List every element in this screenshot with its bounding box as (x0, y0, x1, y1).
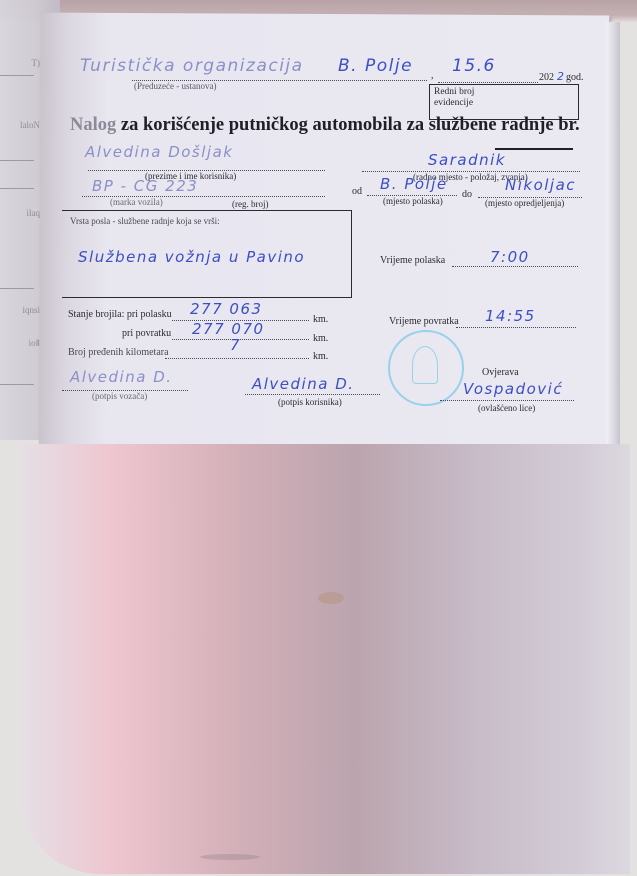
departure-time-value: 7:00 (490, 248, 530, 266)
verifier-signature-line (440, 400, 574, 401)
driver-signature-label: (potpis vozača) (92, 391, 147, 401)
year-prefix: 202 (539, 72, 554, 83)
user-signature-line (245, 394, 380, 395)
back-page-rule (0, 160, 34, 161)
position-value: Saradnik (428, 151, 506, 169)
reg-number-label: (reg. broj) (232, 199, 268, 209)
year-label: god. (566, 72, 584, 83)
back-page-rule (0, 75, 34, 76)
official-stamp (388, 330, 464, 406)
vehicle-label: (marka vozila) (110, 197, 163, 207)
verifier-signature: Vospadović (463, 380, 563, 398)
registry-number-label-2: evidencije (434, 98, 574, 109)
to-label: (mjesto opredjeljenja) (485, 198, 564, 208)
task-value: Službena vožnja u Pavino (78, 248, 305, 266)
to-prefix: do (462, 189, 472, 200)
document-number-line (495, 148, 573, 150)
document-title: Nalog za korišćenje putničkog automobila… (70, 115, 580, 136)
return-time-label: Vrijeme povratka (389, 316, 459, 327)
odometer-end-label: pri povratku (122, 328, 171, 339)
back-page-fragment: laloN (0, 120, 40, 130)
user-signature: Alvedina D. (252, 375, 355, 393)
departure-time-label: Vrijeme polaska (380, 255, 445, 266)
page-stack-edge (606, 22, 620, 464)
driver-signature: Alvedina D. (70, 368, 173, 386)
odometer-start-unit: km. (313, 314, 328, 325)
back-page-fragment: ioⅡ (0, 338, 40, 349)
user-signature-label: (potpis korisnika) (278, 397, 342, 407)
from-label: (mjesto polaska) (383, 196, 443, 206)
odometer-start-value: 277 063 (190, 300, 263, 318)
back-page-rule (0, 288, 34, 289)
odometer-end-unit: km. (313, 333, 328, 344)
from-prefix: od (352, 186, 362, 197)
from-value: B. Polje (380, 175, 448, 193)
return-time-value: 14:55 (485, 307, 536, 325)
return-time-line (456, 327, 576, 328)
verifier-label: (ovlašćeno lice) (478, 403, 535, 413)
title-rest: za korišćenje putničkog automobila za sl… (116, 115, 579, 135)
paper-stain (318, 592, 344, 604)
date-line (438, 82, 538, 83)
distance-line (165, 358, 309, 359)
organization-label: (Preduzeće - ustanova) (134, 81, 216, 91)
task-label: Vrsta posla - službene radnje koja se vr… (70, 216, 220, 226)
odometer-start-label: Stanje brojila: pri polasku (68, 309, 172, 320)
vehicle-reg-value: BP - CG 223 (92, 177, 198, 195)
user-name-value: Alvedina Došljak (85, 143, 233, 161)
departure-time-line (452, 266, 578, 267)
to-value: Nikoljac (505, 176, 576, 194)
back-page-fragment: iqnsi (0, 305, 40, 315)
back-page-fragment: T) (0, 58, 40, 68)
verify-label: Ovjerava (482, 367, 519, 378)
comma: , (431, 70, 434, 81)
date-value: 15.6 (452, 56, 496, 76)
back-page-rule (0, 384, 34, 385)
stamp-emblem-icon (412, 346, 438, 384)
place-value: B. Polje (338, 56, 413, 76)
organization-value: Turistička organizacija (80, 56, 304, 76)
back-page-rule (0, 188, 34, 189)
year-suffix: 2 (557, 70, 564, 83)
registry-number-label: Redni broj (434, 87, 574, 98)
paper-smear (200, 854, 260, 860)
distance-unit: km. (313, 351, 328, 362)
back-page-fragment: ilaq (0, 208, 40, 218)
title-faded-prefix: Nalog (70, 115, 116, 135)
distance-label: Broj pređenih kilometara (68, 347, 169, 358)
distance-value: 7 (230, 336, 241, 354)
facing-blank-page (20, 444, 630, 874)
odometer-end-value: 277 070 (192, 320, 265, 338)
